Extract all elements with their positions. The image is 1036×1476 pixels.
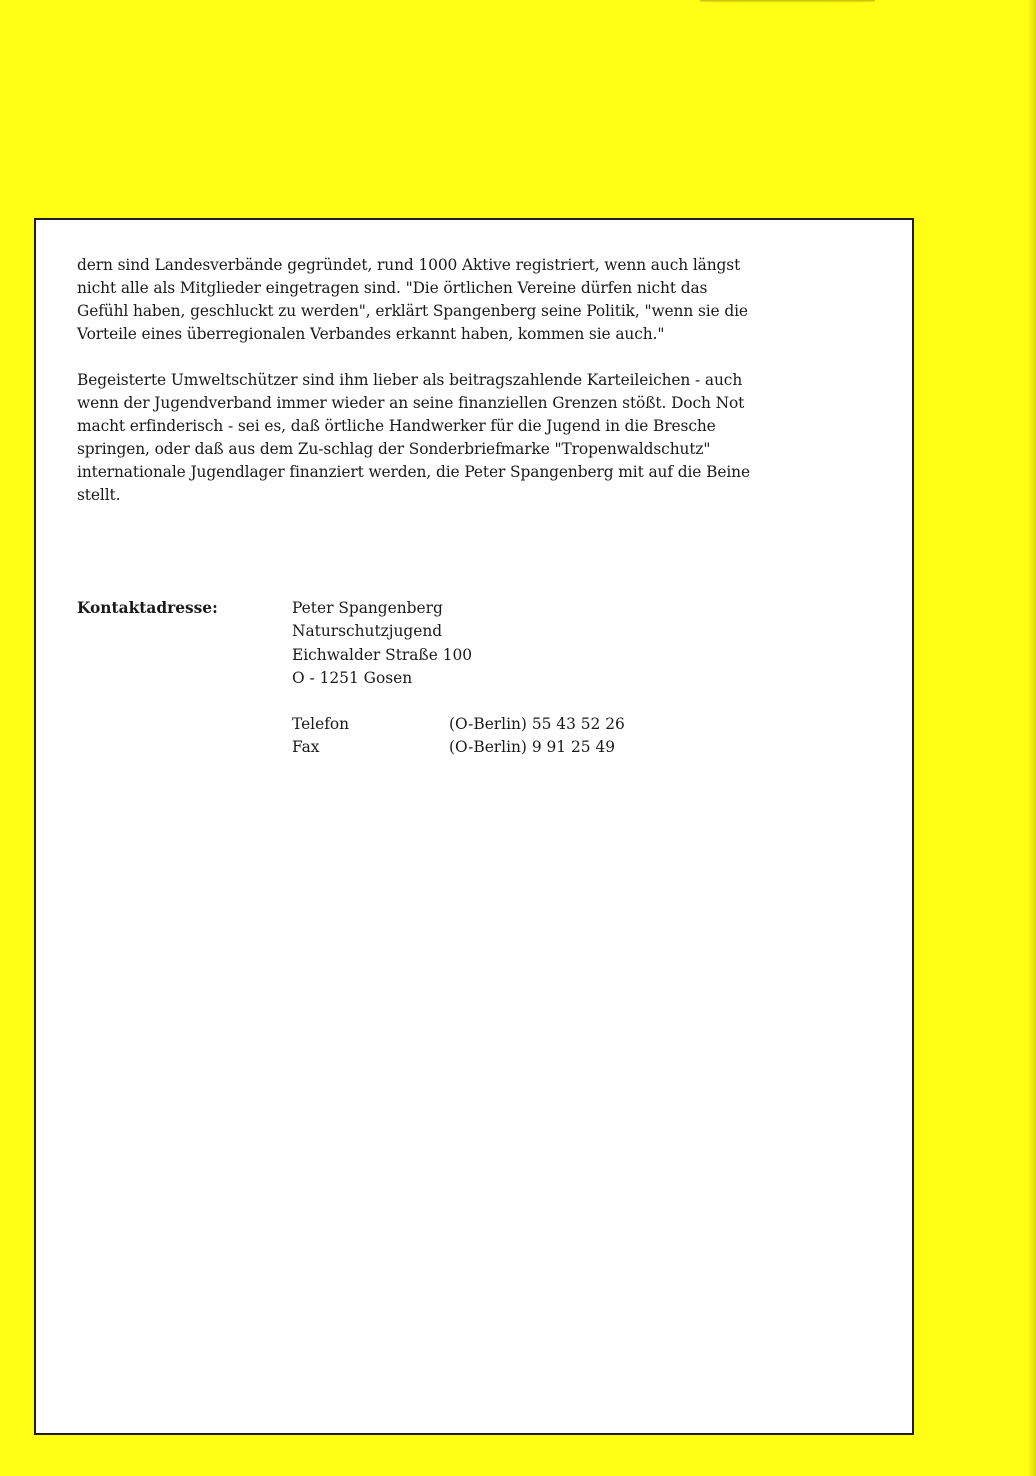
text-line: Begeisterte Umweltschützer sind ihm lieb… <box>77 369 892 392</box>
address-city: O - 1251 Gosen <box>292 667 472 690</box>
text-line: Gefühl haben, geschluckt zu werden", erk… <box>77 300 892 323</box>
contact-label: Kontaktadresse: <box>77 597 218 620</box>
text-line: macht erfinderisch - sei es, daß örtlich… <box>77 415 892 438</box>
contact-phones: Telefon(O-Berlin) 55 43 52 26 Fax(O-Berl… <box>292 713 625 760</box>
fax-label: Fax <box>292 736 449 759</box>
phone-number: (O-Berlin) 55 43 52 26 <box>449 715 625 733</box>
address-organization: Naturschutzjugend <box>292 620 472 643</box>
text-line: springen, oder daß aus dem Zu-schlag der… <box>77 438 892 461</box>
scan-shadow <box>700 0 875 3</box>
body-text: dern sind Landesverbände gegründet, rund… <box>77 254 892 530</box>
paragraph-1: dern sind Landesverbände gegründet, rund… <box>77 254 892 346</box>
text-line: internationale Jugendlager finanziert we… <box>77 461 892 484</box>
text-line: stellt. <box>77 484 892 507</box>
phone-label: Telefon <box>292 713 449 736</box>
fax-number: (O-Berlin) 9 91 25 49 <box>449 738 615 756</box>
text-line: dern sind Landesverbände gegründet, rund… <box>77 254 892 277</box>
text-box: dern sind Landesverbände gegründet, rund… <box>34 218 914 1435</box>
paragraph-2: Begeisterte Umweltschützer sind ihm lieb… <box>77 369 892 507</box>
phone-row-telefon: Telefon(O-Berlin) 55 43 52 26 <box>292 713 625 736</box>
address-name: Peter Spangenberg <box>292 597 472 620</box>
contact-address: Peter Spangenberg Naturschutzjugend Eich… <box>292 597 472 690</box>
text-line: wenn der Jugendverband immer wieder an s… <box>77 392 892 415</box>
page-edge <box>1028 0 1036 1476</box>
phone-row-fax: Fax(O-Berlin) 9 91 25 49 <box>292 736 625 759</box>
text-line: nicht alle als Mitglieder eingetragen si… <box>77 277 892 300</box>
text-line: Vorteile eines überregionalen Verbandes … <box>77 323 892 346</box>
address-street: Eichwalder Straße 100 <box>292 644 472 667</box>
